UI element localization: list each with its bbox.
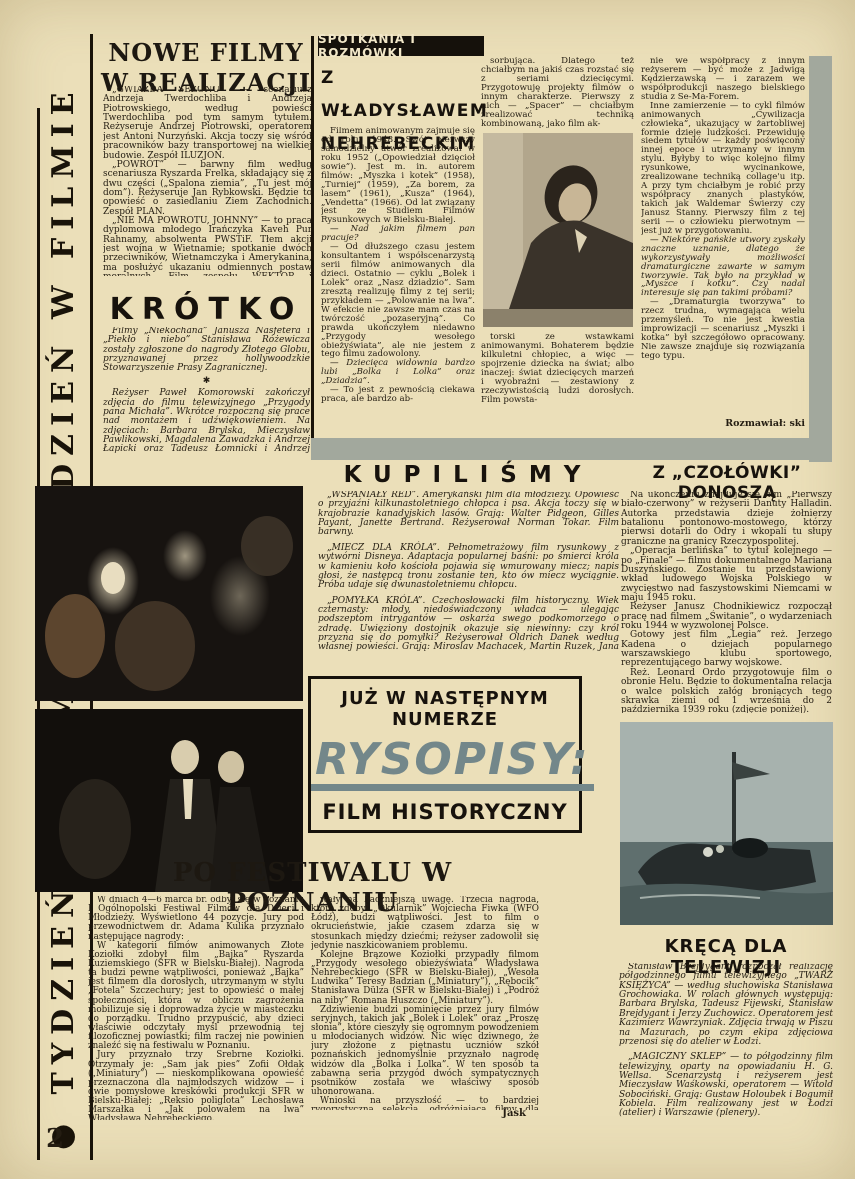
interview-column-3: nie we współpracy z innym reżyserem — by… [641, 57, 805, 413]
promo-headline: RYSOPISY: [311, 738, 594, 791]
article-paragraph: „NIE MA POWROTU, JOHNNY” — to praca dypl… [103, 217, 312, 276]
news-brief: ✱ [103, 377, 310, 386]
interview-paragraph: — Niektóre pańskie utwory zyskały znaczn… [641, 236, 805, 299]
nowe-filmy-title-line1: NOWE FILMY [100, 38, 312, 68]
hel-defense-ship-photo [620, 722, 833, 925]
article-paragraph: „GWIAZDA SEZONU” — scenariusz Andrzeja T… [103, 86, 312, 161]
interview-paragraph: — „Dramaturgia tworzywa” to rzecz trudna… [641, 298, 805, 361]
tv-news-paragraph: Stanisław Brejdygant rozpoczął realizacj… [619, 963, 833, 1047]
interview-paragraph: Filmem animowanym zajmuje się od roku 19… [321, 127, 475, 225]
film-review-paragraph: „WSPANIAŁY RED”. Amerykański film dla mł… [318, 491, 619, 538]
promo-subline: FILM HISTORYCZNY [311, 800, 579, 824]
interview-paragraph: nie we współpracy z innym reżyserem — by… [641, 57, 805, 102]
interview-title-line1: Z WŁADYSŁAWEM [321, 62, 479, 128]
page-number: 2 [46, 1124, 64, 1154]
portrait-graphic [483, 133, 633, 327]
festiwal-signoff: Jask [311, 1108, 526, 1119]
kupilismy-title: KUPILIŚMY [318, 462, 618, 488]
interview-signoff: Rozmawiał: ski [641, 418, 805, 429]
interview-frame-right [809, 56, 832, 462]
krotko-article: Filmy „Niekochana” Janusza Nasfetera i „… [103, 327, 310, 453]
news-paragraph: Na ukończeniu znajduje się film „Pierwsz… [621, 491, 832, 547]
interview-paragraph: sorbująca. Dlatego też chciałbym na jaki… [481, 57, 634, 129]
news-brief: Reżyser Paweł Komorowski zakończył zdjęc… [103, 389, 310, 453]
kreca-article: Stanisław Brejdygant rozpoczął realizacj… [619, 963, 833, 1143]
film-still-photo-1 [35, 486, 303, 701]
ship-graphic [620, 722, 833, 925]
interview-paragraph: — To jest z pewnością ciekawa praca, ale… [321, 386, 475, 404]
tv-news-paragraph: „MAGICZNY SKLEP” — to półgodzinny film t… [619, 1053, 833, 1119]
interview-column-2-top: sorbująca. Dlatego też chciałbym na jaki… [481, 57, 634, 129]
nowe-filmy-article: „GWIAZDA SEZONU” — scenariusz Andrzeja T… [103, 86, 312, 276]
news-paragraph: Reżyser Janusz Chodnikiewicz rozpoczął p… [621, 603, 832, 631]
nehrebecki-portrait-photo [483, 133, 633, 327]
interview-paragraph: torski ze wstawkami animowanymi. Bohater… [481, 333, 634, 405]
section-kicker: SPOTKANIA I ROZMÓWKI [318, 36, 484, 56]
kupilismy-article: „WSPANIAŁY RED”. Amerykański film dla mł… [318, 491, 619, 651]
interview-paragraph: — Dziecięca widownia bardzo lubi „Bolka … [321, 359, 475, 386]
interview-frame-bottom [311, 438, 832, 460]
interview-column-2-bottom: torski ze wstawkami animowanymi. Bohater… [481, 333, 634, 407]
article-paragraph: W kategorii filmów animowanych Złote Koz… [88, 942, 304, 1052]
krotko-title: KRÓTKO [103, 292, 310, 327]
film-review-paragraph: „MIECZ DLA KRÓLA”. Pełnometrażowy film r… [318, 544, 619, 591]
article-paragraph: Zdziwienie budzi pominięcie przez jury f… [311, 1006, 539, 1097]
czolowka-article: Na ukończeniu znajduje się film „Pierwsz… [621, 491, 832, 713]
interview-paragraph: — Od dłuższego czasu jestem konsultantem… [321, 243, 475, 359]
interview-paragraph: — Nad jakim filmem pan pracuje? [321, 225, 475, 243]
news-paragraph: Reż. Leonard Ordo przygotowuje film o ob… [621, 669, 832, 713]
interview-left-rule [311, 36, 314, 444]
news-brief: Filmy „Niekochana” Janusza Nasfetera i „… [103, 327, 310, 374]
crowd-scene-graphic [35, 486, 303, 701]
article-paragraph: Kolejne Brązowe Koziołki przypadły filmo… [311, 951, 539, 1006]
interview-column-1: Filmem animowanym zajmuje się od roku 19… [321, 127, 475, 411]
article-paragraph: wały na baczniejszą uwagę. Trzecia nagro… [311, 896, 539, 951]
promo-kicker: JUŻ W NASTĘPNYM NUMERZE [311, 688, 579, 730]
film-review-paragraph: „POMYŁKA KRÓLA”. Czechosłowacki film his… [318, 597, 619, 651]
next-issue-promo-box: JUŻ W NASTĘPNYM NUMERZE RYSOPISY: FILM H… [308, 676, 582, 833]
interview-paragraph: Inne zamierzenie — to cykl filmów animow… [641, 102, 805, 236]
article-paragraph: „POWRÓT” — barwny film według scenariusz… [103, 161, 312, 217]
news-paragraph: Gotowy jest film „Legia” reż. Jerzego Ka… [621, 631, 832, 668]
news-paragraph: „Operacja berlińska” to tytuł kolejnego … [621, 547, 832, 603]
magazine-page: ● TYDZIEŃ W FILMIE ● TYDZIEŃ W FILMIE ● … [0, 0, 855, 1179]
article-paragraph: W dniach 4—6 marca br. odbył się w Pozna… [88, 896, 304, 942]
festiwal-column-2: wały na baczniejszą uwagę. Trzecia nagro… [311, 896, 539, 1110]
article-paragraph: Jury przyznało trzy Srebrne Koziołki. Ot… [88, 1051, 304, 1120]
festiwal-column-1: W dniach 4—6 marca br. odbył się w Pozna… [88, 896, 304, 1120]
